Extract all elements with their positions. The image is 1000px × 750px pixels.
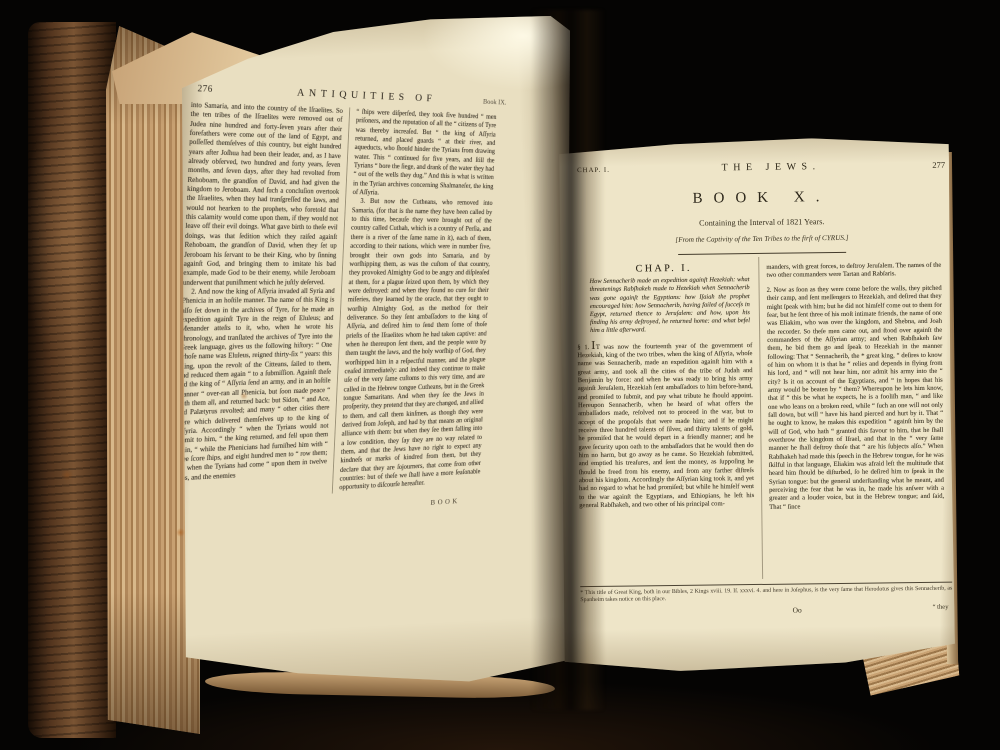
paragraph: “ ſhips were diſperſed, they took five h… <box>352 108 496 200</box>
signature-mark: Oo <box>792 605 801 614</box>
right-page-column-1: CHAP. I. How Sennacherib made an expedit… <box>576 257 755 581</box>
book-x-heading: BOOK X. <box>575 188 947 210</box>
left-page: 276 ANTIQUITIES OF Book IX. into Samaria… <box>182 16 570 684</box>
right-catchword: “ they <box>933 603 949 610</box>
chapter-argument: How Sennacherib made an expedition again… <box>589 276 750 335</box>
footnote: * This title of Great King, both in our … <box>580 586 952 605</box>
interval-line: Containing the Interval of 1821 Years. <box>576 216 948 230</box>
left-page-column-1: into Samaria, and into the country of th… <box>173 101 343 502</box>
right-page-number: 277 <box>932 160 945 170</box>
section-rule <box>678 252 846 255</box>
right-page-columns: CHAP. I. How Sennacherib made an expedit… <box>576 255 952 582</box>
paragraph: into Samaria, and into the country of th… <box>183 101 343 288</box>
left-page-column-2: “ ſhips were diſperſed, they took five h… <box>332 107 497 493</box>
book-spine <box>28 22 116 738</box>
right-page-column-2: manders, with great forces, to deſtroy J… <box>758 255 945 579</box>
paragraph: 2. Now as ſoon as they were come before … <box>767 285 945 512</box>
chapter-label: CHAP. I. <box>577 167 610 174</box>
left-page-text-block: 276 ANTIQUITIES OF Book IX. into Samaria… <box>172 82 508 525</box>
left-page-columns: into Samaria, and into the country of th… <box>173 101 508 502</box>
paragraph: 2. And now the king of Aſſyria invaded a… <box>174 287 335 484</box>
right-page: CHAP. I. THE JEWS. 277 BOOK X. Containin… <box>557 136 955 673</box>
right-running-head: CHAP. I. THE JEWS. 277 <box>575 160 947 176</box>
right-page-text-block: CHAP. I. THE JEWS. 277 BOOK X. Containin… <box>575 160 953 620</box>
signature-row: Oo “ they <box>580 603 952 620</box>
book-photograph: 276 ANTIQUITIES OF Book IX. into Samaria… <box>0 0 1000 750</box>
section-1-paragraph: § 1.IT was now the fourteenth year of th… <box>577 340 754 511</box>
chapter-heading: CHAP. I. <box>576 264 751 274</box>
left-catchword: BOOK <box>430 496 459 506</box>
section-mark: § 1. <box>577 344 589 351</box>
scope-line: [From the Captivity of the Ten Tribes to… <box>576 233 948 246</box>
paragraph: 3. But now the Cutheans, who removed int… <box>339 197 493 493</box>
book-ix-label: Book IX. <box>483 97 507 106</box>
section-1-text: T was now the fourteenth year of the gov… <box>577 342 754 510</box>
right-running-header-title: THE JEWS. <box>610 160 933 175</box>
paragraph: manders, with great forces, to deſtroy J… <box>766 261 941 280</box>
left-page-number: 276 <box>197 84 213 95</box>
